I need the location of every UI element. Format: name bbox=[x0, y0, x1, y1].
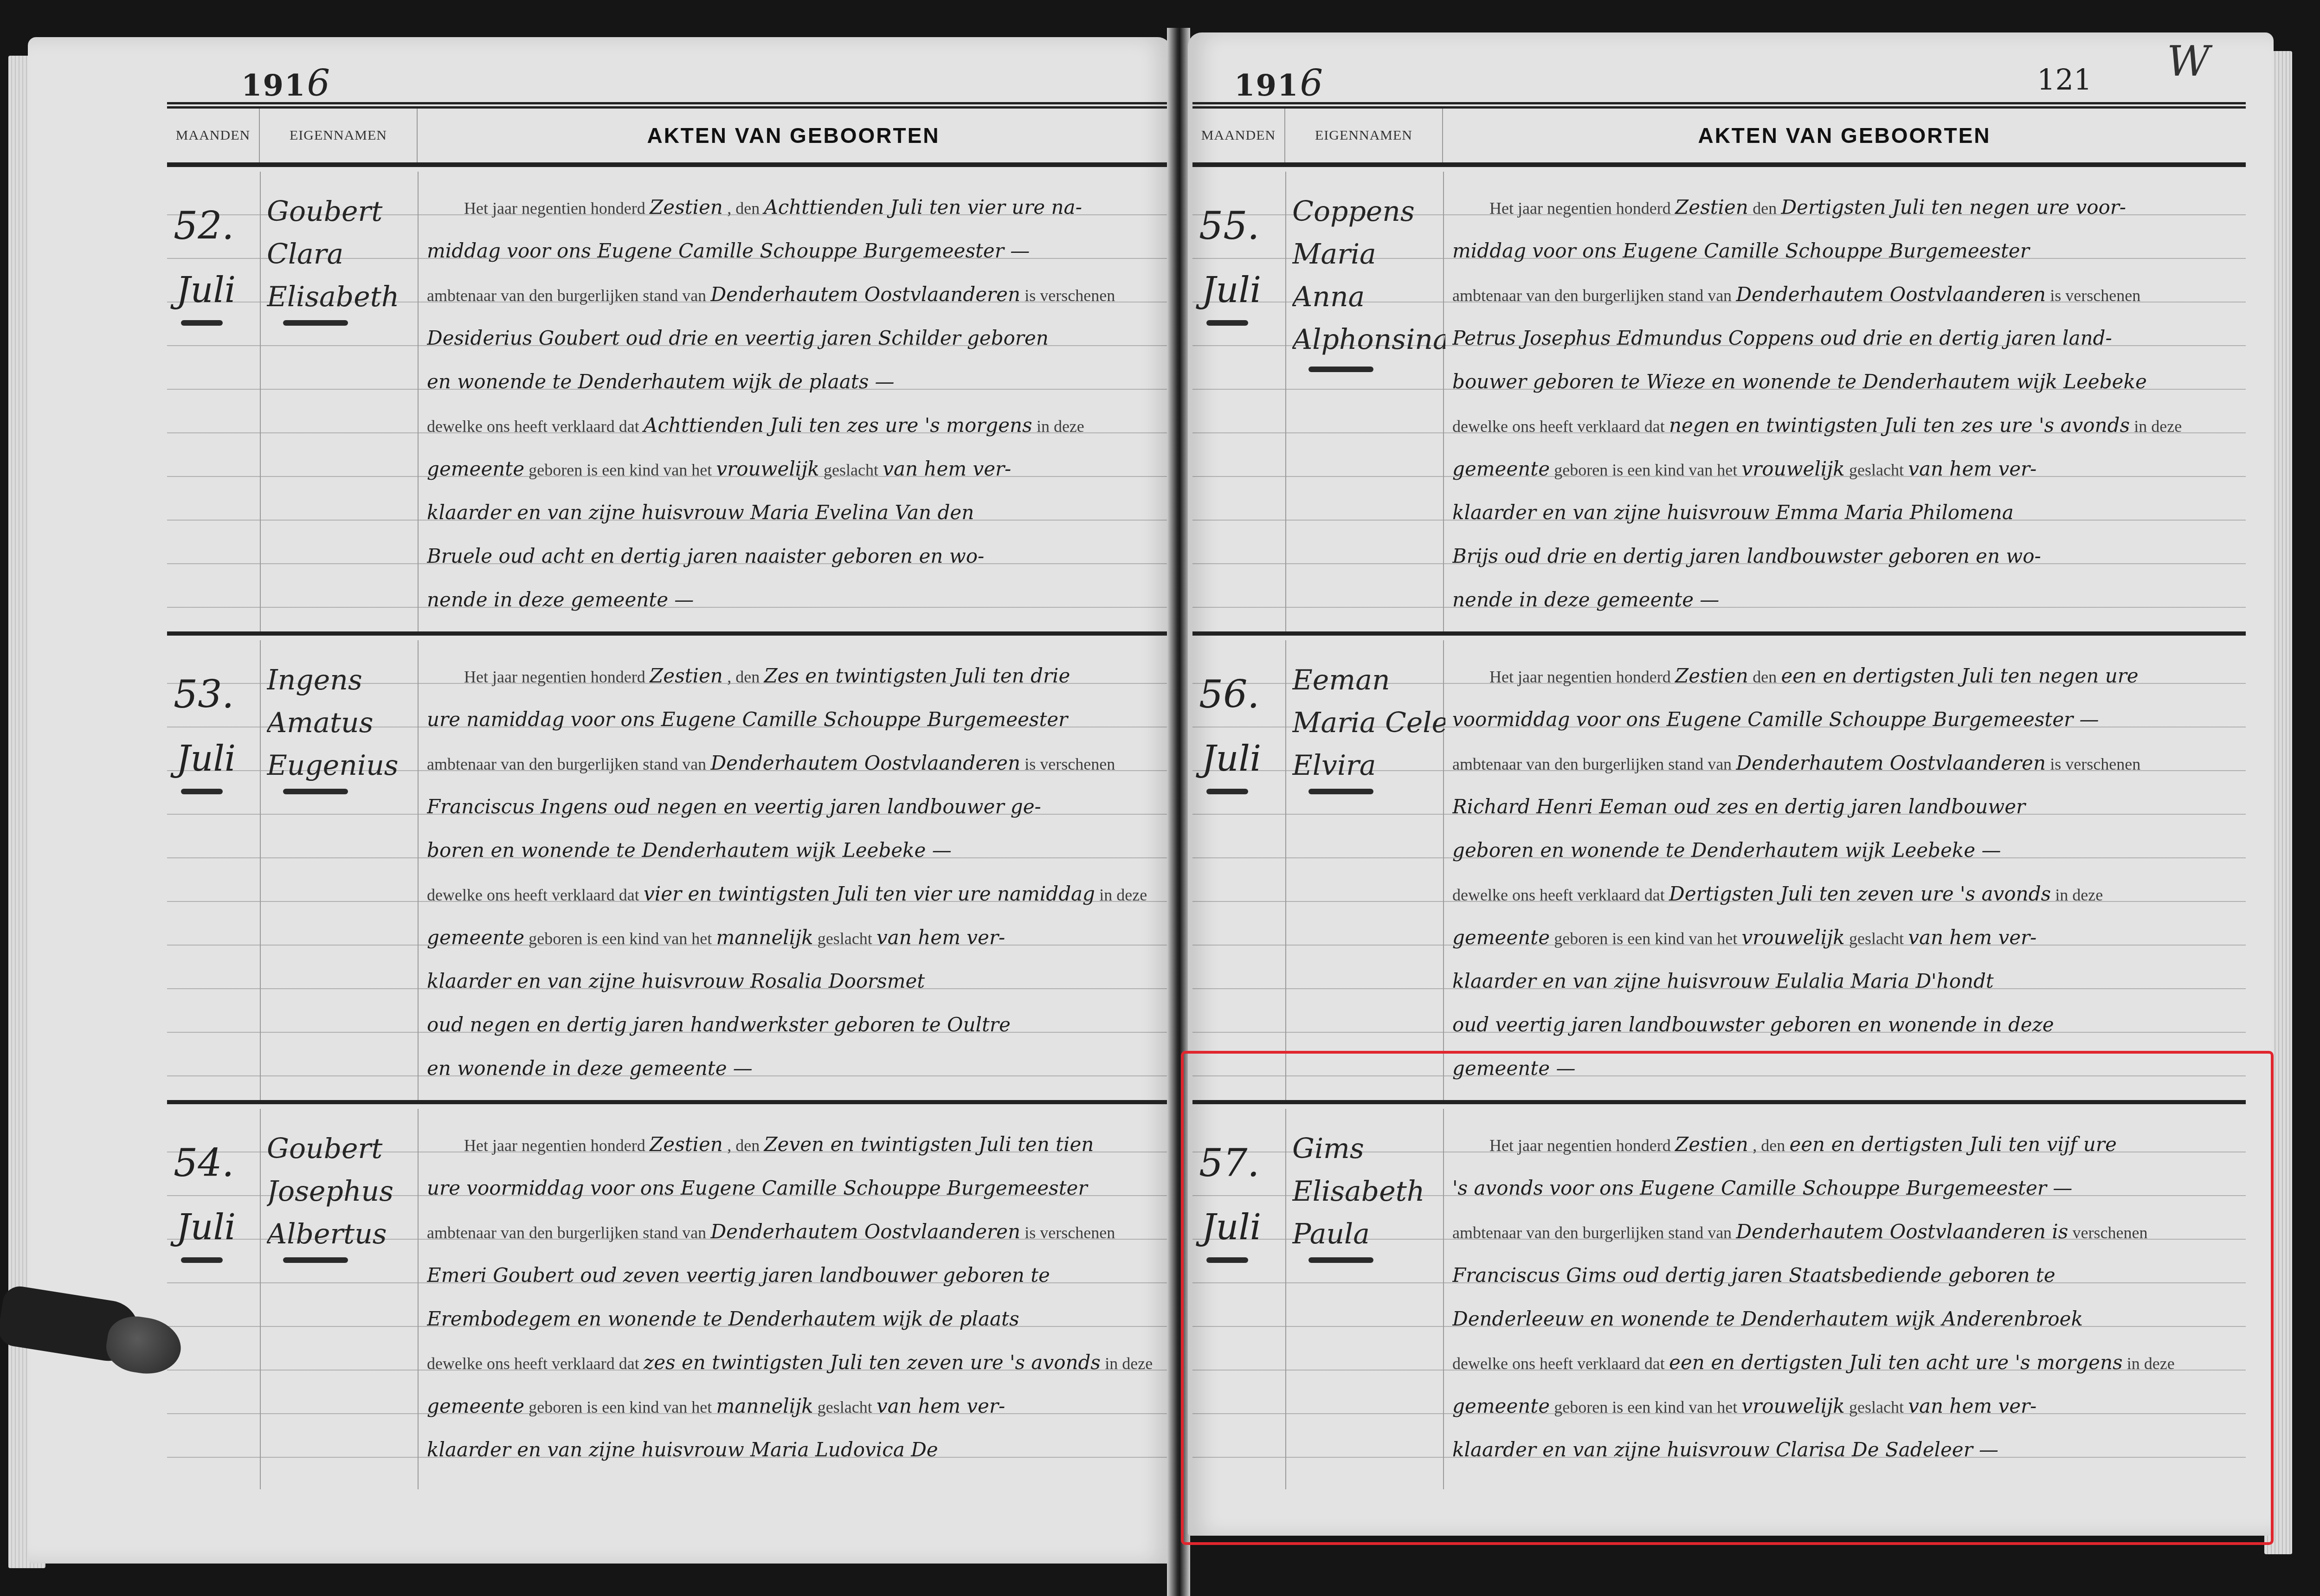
given-name: Eugenius bbox=[267, 744, 420, 787]
name-dash bbox=[1308, 367, 1373, 372]
entry-number: 53. bbox=[174, 673, 234, 717]
year-handwritten: 6 bbox=[1300, 63, 1324, 104]
year-printed: 191 bbox=[1234, 68, 1299, 103]
register-header: MAANDEN EIGENNAMEN AKTEN VAN GEBOORTEN bbox=[1192, 102, 2246, 167]
child-names: Goubert Clara Elisabeth bbox=[267, 190, 420, 318]
child-names: Coppens Maria Anna Alphonsina bbox=[1292, 190, 1445, 361]
birth-entry-56: 56. Juli Eeman Maria Celestina Elvira He… bbox=[1192, 640, 2246, 1104]
header-title: AKTEN VAN GEBOORTEN bbox=[418, 109, 1169, 162]
name-dash bbox=[1308, 789, 1373, 794]
entry-number: 55. bbox=[1199, 204, 1259, 248]
given-name: Albertus bbox=[267, 1213, 420, 1255]
given-name: Anna bbox=[1292, 276, 1445, 318]
entry-month: Juli bbox=[1202, 269, 1261, 310]
surname: Eeman bbox=[1292, 659, 1445, 701]
entry-number: 54. bbox=[174, 1141, 234, 1185]
entry-month: Juli bbox=[176, 1206, 236, 1248]
header-names: EIGENNAMEN bbox=[1285, 109, 1443, 162]
check-mark-annotation: W bbox=[2167, 37, 2210, 86]
year-label: 1916 bbox=[1234, 63, 1324, 104]
entry-text: Het jaar negentien honderd Zestien den e… bbox=[1452, 654, 2236, 1090]
given-name: Elvira bbox=[1292, 744, 1445, 787]
entry-month: Juli bbox=[1202, 738, 1261, 779]
month-dash bbox=[1206, 789, 1248, 794]
given-name: Clara bbox=[267, 233, 420, 276]
left-register-table: MAANDEN EIGENNAMEN AKTEN VAN GEBOORTEN 5… bbox=[167, 102, 1169, 1494]
child-names: Eeman Maria Celestina Elvira bbox=[1292, 659, 1445, 787]
entry-month: Juli bbox=[176, 738, 236, 779]
given-name: Alphonsina bbox=[1292, 318, 1445, 361]
given-name: Maria bbox=[1292, 233, 1445, 276]
left-page: 1916 MAANDEN EIGENNAMEN AKTEN VAN GEBOOR… bbox=[28, 37, 1172, 1564]
month-dash bbox=[181, 320, 223, 326]
month-dash bbox=[181, 789, 223, 794]
entry-number: 56. bbox=[1199, 673, 1259, 717]
child-names: Goubert Josephus Albertus bbox=[267, 1127, 420, 1255]
header-title: AKTEN VAN GEBOORTEN bbox=[1443, 109, 2246, 162]
entry-number: 52. bbox=[174, 204, 234, 248]
month-dash bbox=[1206, 320, 1248, 326]
thimble-finger bbox=[0, 1290, 186, 1378]
page-number: 121 bbox=[2037, 63, 2092, 97]
birth-entry-54: 54. Juli Goubert Josephus Albertus Het j… bbox=[167, 1109, 1169, 1489]
header-names: EIGENNAMEN bbox=[260, 109, 418, 162]
given-name: Josephus bbox=[267, 1170, 420, 1213]
year-handwritten: 6 bbox=[307, 63, 331, 104]
year-printed: 191 bbox=[241, 68, 306, 103]
child-names: Ingens Amatus Eugenius bbox=[267, 659, 420, 787]
birth-entry-55: 55. Juli Coppens Maria Anna Alphonsina H… bbox=[1192, 172, 2246, 636]
entry-text: Het jaar negentien honderd Zestien , den… bbox=[427, 186, 1160, 622]
surname: Goubert bbox=[267, 190, 420, 233]
surname: Goubert bbox=[267, 1127, 420, 1170]
name-dash bbox=[283, 320, 348, 326]
register-header: MAANDEN EIGENNAMEN AKTEN VAN GEBOORTEN bbox=[167, 102, 1169, 167]
header-months: MAANDEN bbox=[1192, 109, 1285, 162]
entry-text: Het jaar negentien honderd Zestien , den… bbox=[427, 654, 1160, 1090]
given-name: Maria Celestina bbox=[1292, 701, 1445, 744]
entry-57-highlight-box bbox=[1181, 1051, 2274, 1545]
surname: Coppens bbox=[1292, 190, 1445, 233]
entry-text: Het jaar negentien honderd Zestien , den… bbox=[427, 1123, 1160, 1472]
surname: Ingens bbox=[267, 659, 420, 701]
birth-entry-53: 53. Juli Ingens Amatus Eugenius Het jaar… bbox=[167, 640, 1169, 1104]
birth-entry-52: 52. Juli Goubert Clara Elisabeth Het jaa… bbox=[167, 172, 1169, 636]
entry-month: Juli bbox=[176, 269, 236, 310]
header-months: MAANDEN bbox=[167, 109, 260, 162]
year-label: 1916 bbox=[241, 63, 331, 104]
entry-text: Het jaar negentien honderd Zestien den D… bbox=[1452, 186, 2236, 622]
given-name: Elisabeth bbox=[267, 276, 420, 318]
name-dash bbox=[283, 789, 348, 794]
given-name: Amatus bbox=[267, 701, 420, 744]
month-dash bbox=[181, 1257, 223, 1263]
name-dash bbox=[283, 1257, 348, 1263]
